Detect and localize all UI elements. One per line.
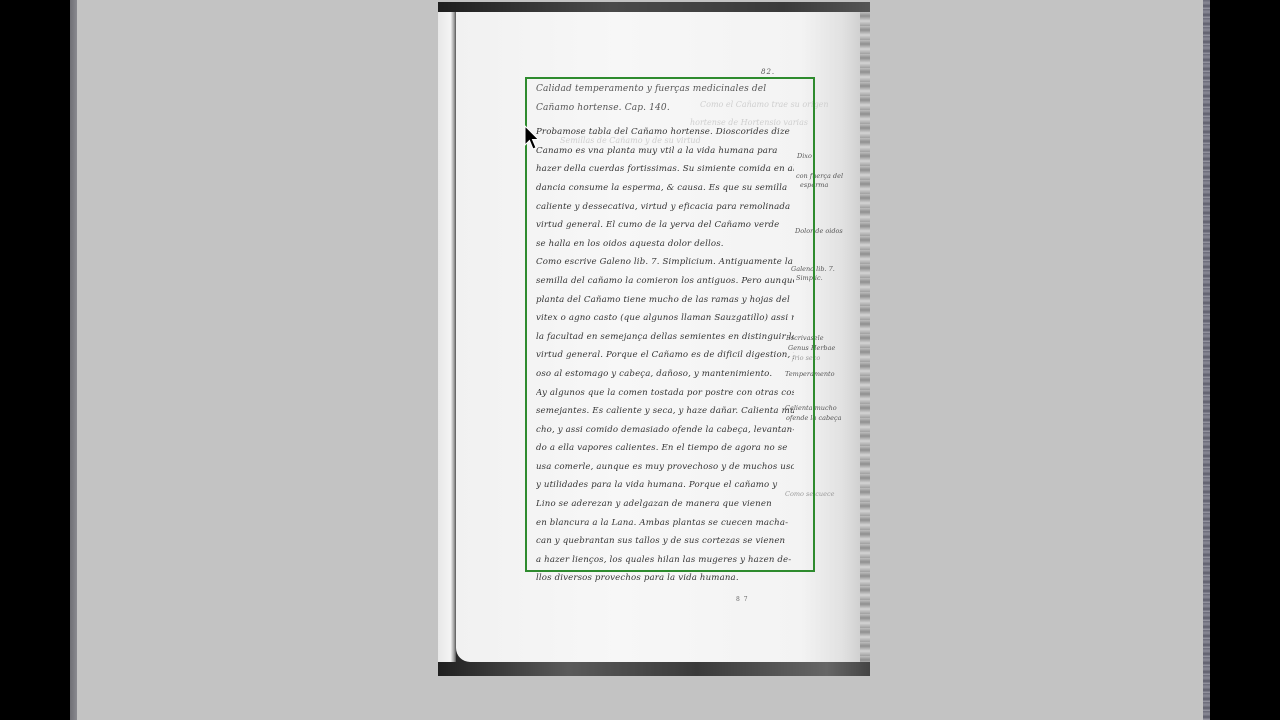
text-line: semilla del cañamo la comieron los antig… xyxy=(536,272,794,291)
margin-note: ofende la cabeça xyxy=(786,414,842,423)
text-line: Ay algunos que la comen tostada por post… xyxy=(536,384,794,403)
manuscript-text-block: Calidad temperamento y fuerças medicinal… xyxy=(536,80,794,588)
text-line: hazer della cuerdas fortissimas. Su simi… xyxy=(536,160,794,179)
title-line: Calidad temperamento y fuerças medicinal… xyxy=(536,80,794,99)
text-line: y utilidades para la vida humana. Porque… xyxy=(536,476,794,495)
folio-number-bottom: 8 7 xyxy=(736,596,749,603)
margin-note: Calienta mucho xyxy=(785,404,837,413)
scan-top-edge xyxy=(438,2,870,12)
text-line: usa comerle, aunque es muy provechoso y … xyxy=(536,458,794,477)
page-left-flap xyxy=(438,12,456,662)
margin-note: Como se cuece xyxy=(785,490,834,499)
text-line: do a ella vapores calientes. En el tiemp… xyxy=(536,439,794,458)
margin-note: Temperamento xyxy=(785,370,835,379)
folio-number-top: 82. xyxy=(761,68,775,76)
viewer-right-edge xyxy=(1203,0,1210,720)
text-line: Lino se aderezan y adelgazan de manera q… xyxy=(536,495,794,514)
scan-bottom-edge xyxy=(438,662,870,676)
text-line: a hazer lienços, los quales hilan las mu… xyxy=(536,551,794,570)
text-line: virtud general. El cumo de la yerva del … xyxy=(536,216,794,235)
margin-note: Genus Herbae xyxy=(788,344,835,353)
margin-note: con fuerça del xyxy=(796,172,843,181)
margin-note: frio seco xyxy=(792,354,820,363)
arrow-pointer-icon xyxy=(524,125,540,151)
viewer-left-edge xyxy=(70,0,77,720)
text-line: se halla en los oidos aquesta dolor dell… xyxy=(536,235,794,254)
text-line: llos diversos provechos para la vida hum… xyxy=(536,569,794,588)
margin-note: Escrivasele xyxy=(786,334,824,343)
text-line: la facultad en semejança dellas semiente… xyxy=(536,328,794,347)
text-line: caliente y dessecativa, virtud y eficaci… xyxy=(536,198,794,217)
text-line: cho, y assi comido demasiado ofende la c… xyxy=(536,421,794,440)
text-line: planta del Cañamo tiene mucho de las ram… xyxy=(536,291,794,310)
margin-note: Simplic. xyxy=(796,274,823,283)
text-line: Probamose tabla del Cañamo hortense. Dio… xyxy=(536,123,794,142)
margin-note: Dixo xyxy=(797,152,812,161)
text-line: Como escrive Galeno lib. 7. Simplicium. … xyxy=(536,253,794,272)
text-line: semejantes. Es caliente y seca, y haze d… xyxy=(536,402,794,421)
text-line: dancia consume la esperma, & causa. Es q… xyxy=(536,179,794,198)
page-binding-edge xyxy=(860,12,870,662)
text-line: Canamo es vna planta muy vtil a la vida … xyxy=(536,142,794,161)
margin-note: Galeno lib. 7. xyxy=(791,265,835,274)
text-line: virtud general. Porque el Cañamo es de d… xyxy=(536,346,794,365)
title-line: Cañamo hortense. Cap. 140. xyxy=(536,99,794,118)
text-line: en blancura a la Lana. Ambas plantas se … xyxy=(536,514,794,533)
margin-note: esperma xyxy=(800,181,828,190)
text-line: vitex o agno casto (que algunos llaman S… xyxy=(536,309,794,328)
text-line: oso al estomago y cabeça, dañoso, y mant… xyxy=(536,365,794,384)
text-line: can y quebrantan sus tallos y de sus cor… xyxy=(536,532,794,551)
margin-note: Dolor de oidos xyxy=(795,227,843,236)
